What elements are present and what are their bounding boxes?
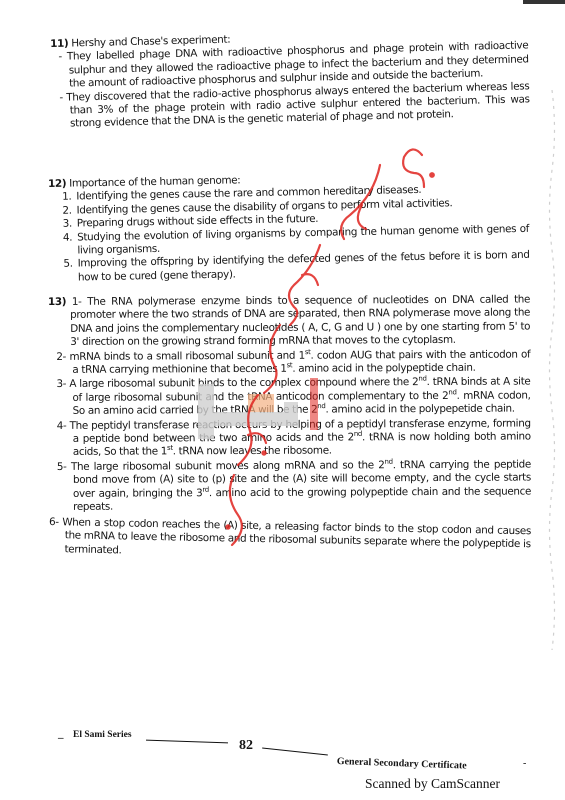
step-1: 13) 1- The RNA polymerase enzyme binds t… xyxy=(48,293,530,349)
question-11: 11) Hershy and Chase's experiment: - The… xyxy=(50,26,530,131)
certificate-label: General Secondary Certificate xyxy=(337,756,467,772)
page-footer: – El Sami Series 82 General Secondary Ce… xyxy=(0,720,565,800)
step-3: 3- A large ribosomal subunit binds to th… xyxy=(48,376,530,419)
step-2: 2- mRNA binds to a small ribosomal subun… xyxy=(48,348,530,377)
step-5: 5- The large ribosomal subunit moves alo… xyxy=(49,458,531,514)
scanner-credit: Scanned by CamScanner xyxy=(365,776,500,792)
document-page: 11) Hershy and Chase's experiment: - The… xyxy=(0,0,565,800)
series-name: El Sami Series xyxy=(73,730,132,740)
footer-rule xyxy=(146,740,228,744)
question-number: 12) xyxy=(48,178,66,190)
footer-rule xyxy=(262,748,328,756)
genome-importance-list: Identifying the genes cause the rare and… xyxy=(48,182,530,285)
question-13: 13) 1- The RNA polymerase enzyme binds t… xyxy=(48,293,531,556)
side-scribble-watermark xyxy=(545,90,559,650)
footer-dash: – xyxy=(58,732,64,744)
question-12: 12) Importance of the human genome: Iden… xyxy=(48,169,530,285)
step-6: 6- When a stop codon reaches the (A) sit… xyxy=(48,515,531,564)
question-number: 11) xyxy=(50,38,68,50)
footer-tick: - xyxy=(523,758,526,769)
step-4: 4- The peptidyl transferase reaction occ… xyxy=(49,417,531,460)
page-number: 82 xyxy=(239,738,253,754)
